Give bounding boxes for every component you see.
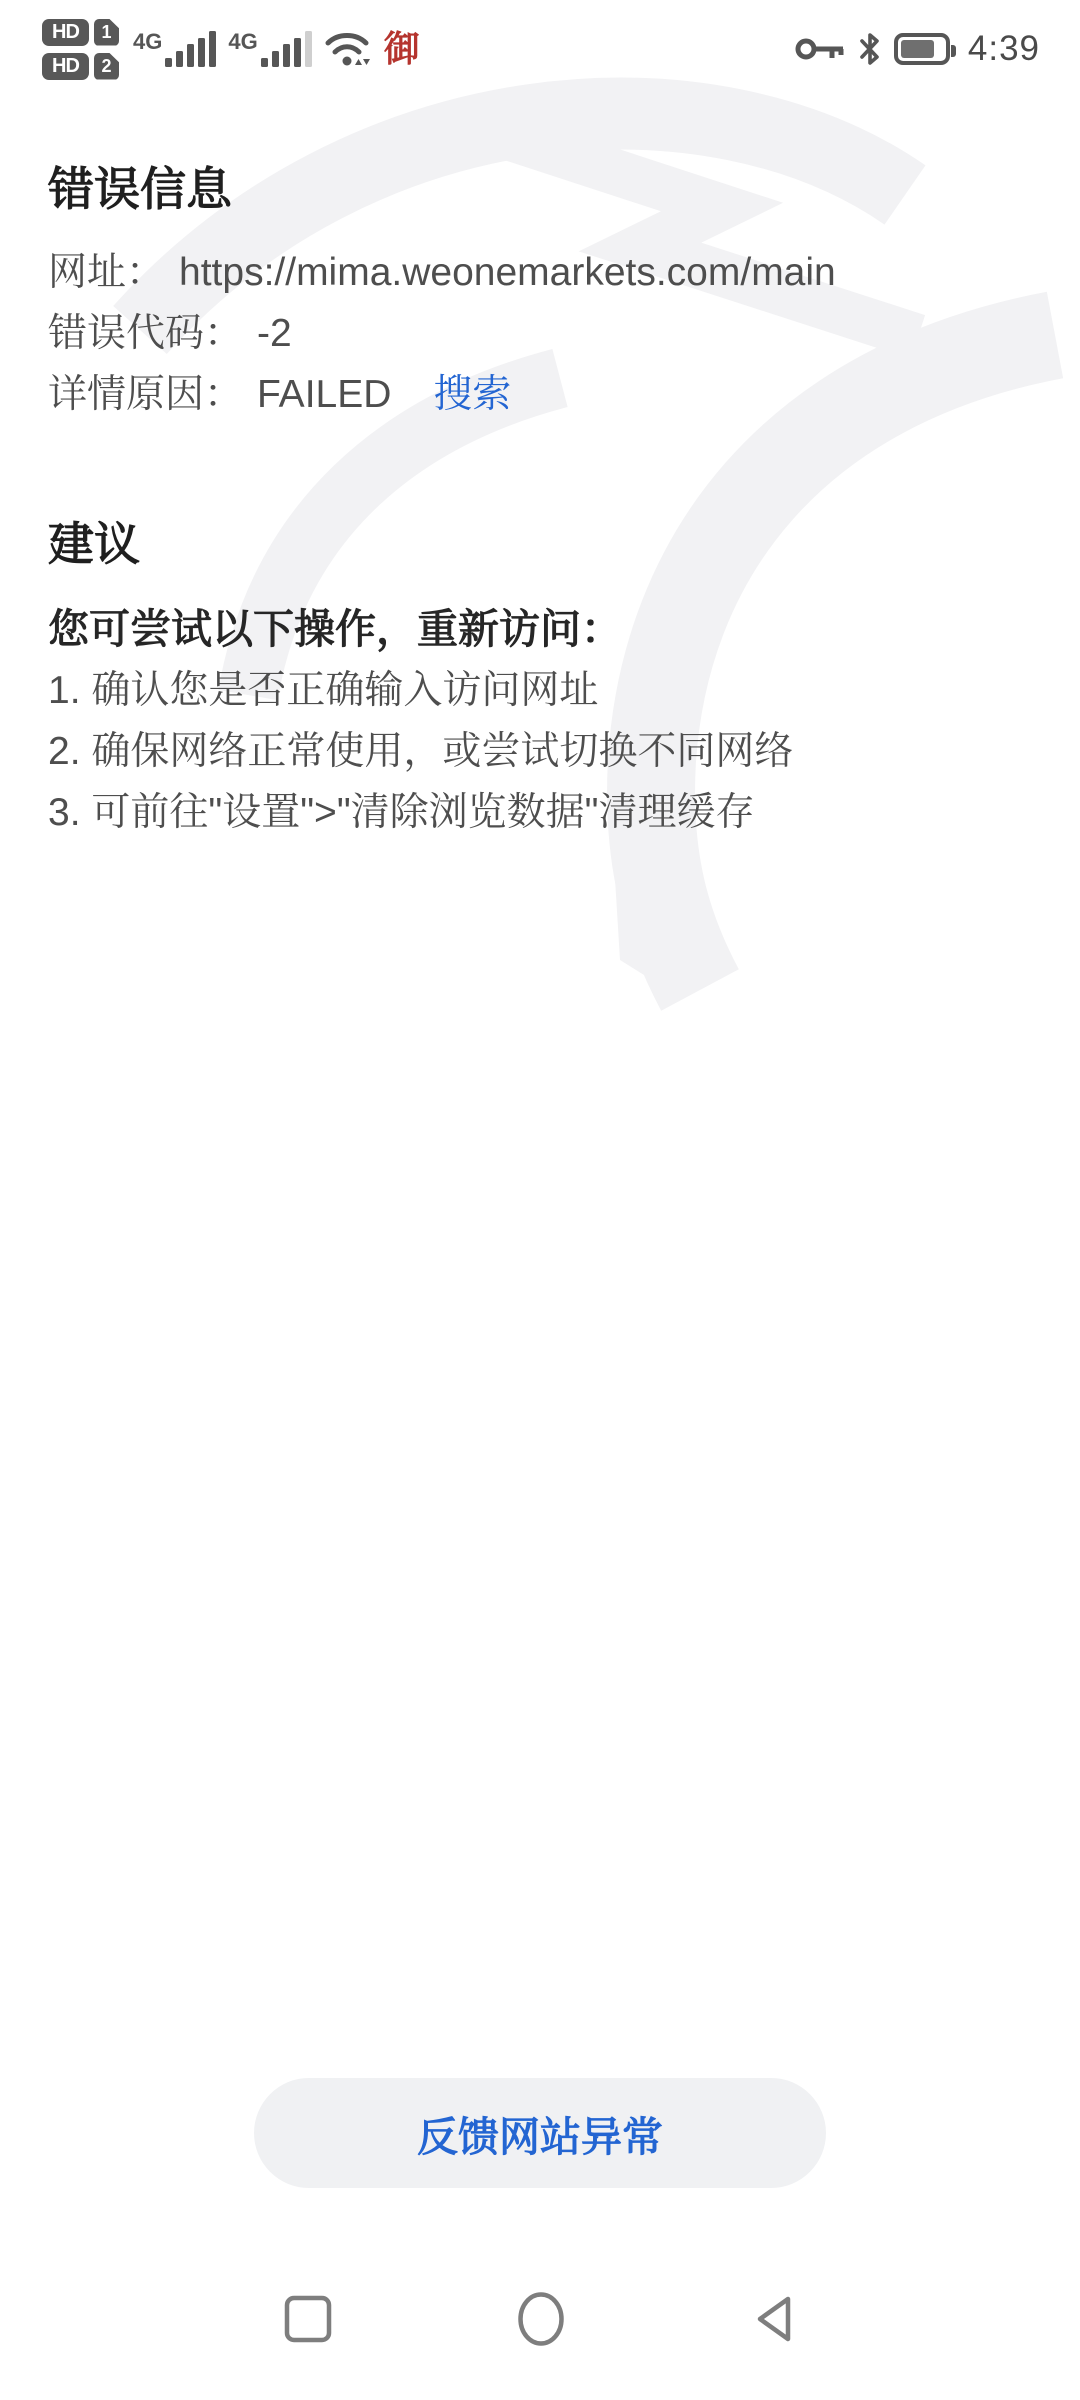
- battery-icon: [894, 33, 950, 65]
- hd-icon: HD: [42, 53, 89, 80]
- error-code-value: -2: [257, 312, 292, 355]
- signal-bars-icon: [261, 31, 312, 67]
- url-row: 网址：https://mima.weonemarkets.com/main: [48, 242, 1032, 303]
- hd-icon: HD: [42, 19, 89, 46]
- nav-home-button[interactable]: [516, 2291, 566, 2347]
- error-code-row: 错误代码：-2: [48, 303, 1032, 364]
- sim2-icon: 2: [94, 53, 119, 80]
- network-type-label: 4G: [228, 31, 257, 53]
- error-info-rows: 网址：https://mima.weonemarkets.com/main 错误…: [48, 242, 1032, 425]
- android-navigation-bar: [0, 2238, 1080, 2400]
- search-link[interactable]: 搜索: [433, 373, 511, 416]
- red-notification-glyph-icon: 御: [384, 31, 420, 67]
- url-label: 网址：: [48, 251, 165, 294]
- phone-screen: HD 1 HD 2 4G 4G: [0, 0, 1080, 2400]
- error-info-title: 错误信息: [48, 92, 1032, 216]
- clock-text: 4:39: [968, 29, 1040, 69]
- error-reason-row: 详情原因：FAILED搜索: [48, 364, 1032, 425]
- sim1-hd-badge: HD 1: [42, 19, 119, 46]
- home-circle-icon: [516, 2291, 566, 2347]
- sim1-icon: 1: [94, 19, 119, 46]
- suggestions-intro: 您可尝试以下操作，重新访问：: [48, 599, 1032, 660]
- status-bar: HD 1 HD 2 4G 4G: [0, 0, 1080, 92]
- nav-back-button[interactable]: [750, 2291, 796, 2347]
- suggestions-list: 1. 确认您是否正确输入访问网址 2. 确保网络正常使用，或尝试切换不同网络 3…: [48, 660, 1032, 843]
- error-page-content: 错误信息 网址：https://mima.weonemarkets.com/ma…: [0, 92, 1080, 843]
- wifi-icon: [324, 29, 372, 69]
- error-reason-label: 详情原因：: [48, 373, 243, 416]
- back-triangle-icon: [750, 2291, 796, 2347]
- bluetooth-icon: [858, 31, 882, 67]
- error-code-label: 错误代码：: [48, 312, 243, 355]
- suggestion-item: 2. 确保网络正常使用，或尝试切换不同网络: [48, 721, 1032, 782]
- feedback-site-error-button[interactable]: 反馈网站异常: [254, 2078, 826, 2188]
- signal-bars-icon: [165, 31, 216, 67]
- signal-strength-sim2-icon: 4G: [228, 31, 311, 67]
- error-reason-value: FAILED: [257, 373, 391, 416]
- signal-strength-sim1-icon: 4G: [133, 31, 216, 67]
- url-value: https://mima.weonemarkets.com/main: [179, 251, 836, 294]
- sim2-hd-badge: HD 2: [42, 53, 119, 80]
- suggestions-title: 建议: [48, 517, 1032, 571]
- dual-sim-hd-indicators: HD 1 HD 2: [42, 19, 119, 80]
- network-type-label: 4G: [133, 31, 162, 53]
- suggestion-item: 1. 确认您是否正确输入访问网址: [48, 660, 1032, 721]
- suggestion-item: 3. 可前往"设置">"清除浏览数据"清理缓存: [48, 782, 1032, 843]
- recents-square-icon: [284, 2295, 332, 2343]
- key-icon: [794, 33, 846, 65]
- nav-recents-button[interactable]: [284, 2295, 332, 2343]
